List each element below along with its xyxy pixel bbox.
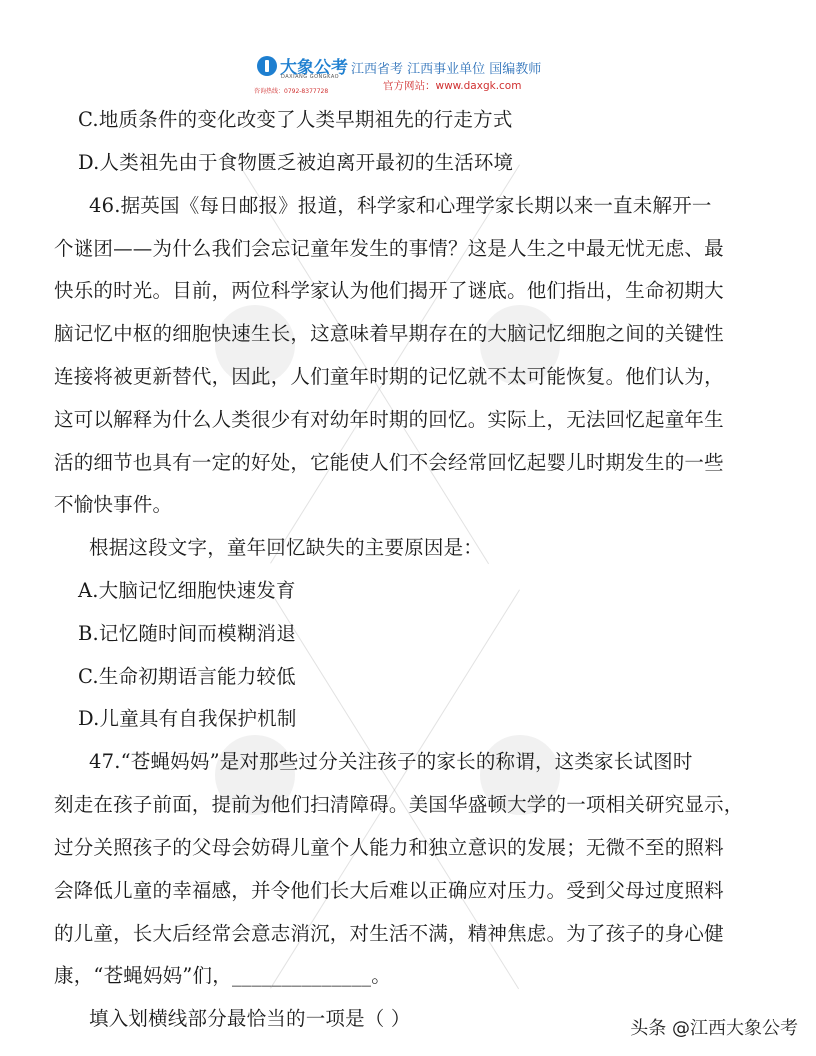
brand-logo-icon: [257, 56, 277, 76]
option-a: A.大脑记忆细胞快速发育: [78, 575, 296, 603]
question-text-line: 会降低儿童的幸福感，并令他们长大后难以正确应对压力。受到父母过度照料: [54, 875, 724, 903]
question-text-line: 46.据英国《每日邮报》报道，科学家和心理学家长期以来一直未解开一: [89, 190, 712, 218]
question-text-line: 个谜团——为什么我们会忘记童年发生的事情？这是人生之中最无忧无虑、最: [54, 233, 724, 261]
option-c: C.地质条件的变化改变了人类早期祖先的行走方式: [78, 104, 513, 132]
question-prompt: 根据这段文字，童年回忆缺失的主要原因是：: [89, 532, 483, 560]
question-text-line: 快乐的时光。目前，两位科学家认为他们揭开了谜底。他们指出，生命初期大: [54, 275, 724, 303]
option-d: D.儿童具有自我保护机制: [78, 703, 297, 731]
question-text-line: 47.“苍蝇妈妈”是对那些过分关注孩子的家长的称谓，这类家长试图时: [89, 746, 693, 774]
hotline: 咨询热线：0792-8377728: [254, 86, 328, 95]
footer-brand: 头条 @江西大象公考: [630, 1014, 798, 1040]
question-text-line: 康，“苍蝇妈妈”们，______________。: [54, 960, 391, 988]
option-d: D.人类祖先由于食物匮乏被迫离开最初的生活环境: [78, 147, 513, 175]
question-text-line: 这可以解释为什么人类很少有对幼年时期的回忆。实际上，无法回忆起童年生: [54, 404, 724, 432]
question-text-line: 不愉快事件。: [54, 489, 172, 517]
question-prompt: 填入划横线部分最恰当的一项是（ ）: [89, 1003, 411, 1031]
brand-header: 大象公考 DAXIANG GONGKAO 咨询热线：0792-8377728 江…: [254, 52, 574, 98]
question-text-line: 过分关照孩子的父母会妨碍儿童个人能力和独立意识的发展；无微不至的照料: [54, 832, 724, 860]
question-text-line: 刻走在孩子前面，提前为他们扫清障碍。美国华盛顿大学的一项相关研究显示，: [54, 789, 744, 817]
question-text-line: 脑记忆中枢的细胞快速生长，这意味着早期存在的大脑记忆细胞之间的关键性: [54, 318, 724, 346]
website-link[interactable]: 官方网站：www.daxgk.com: [383, 78, 521, 93]
brand-subtitle: DAXIANG GONGKAO: [281, 74, 339, 80]
question-text-line: 活的细节也具有一定的好处，它能使人们不会经常回忆起婴儿时期发生的一些: [54, 447, 724, 475]
question-text-line: 连接将被更新替代，因此，人们童年时期的记忆就不太可能恢复。他们认为，: [54, 361, 724, 389]
slogan: 江西省考 江西事业单位 国编教师: [351, 58, 541, 77]
option-c: C.生命初期语言能力较低: [78, 661, 296, 689]
question-text-line: 的儿童，长大后经常会意志消沉，对生活不满，精神焦虑。为了孩子的身心健: [54, 918, 724, 946]
option-b: B.记忆随时间而模糊消退: [78, 618, 296, 646]
